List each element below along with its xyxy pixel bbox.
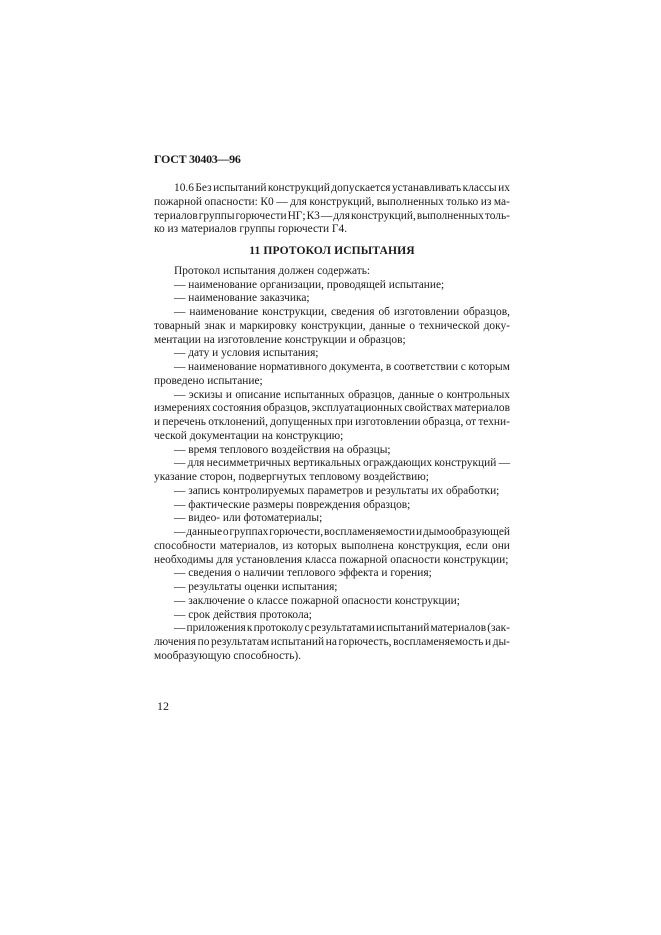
paragraph-first-line: — видео- или фотоматериалы; [154,512,510,526]
paragraph-first-line: — результаты оценки испытания; [154,581,510,595]
paragraph-first-line: — запись контролируемых параметров и рез… [154,485,510,499]
paragraph-line: ческой документации на конструкцию; [154,430,510,444]
document-body: 10.6Безиспытанийконструкцийдопускаетсяус… [154,182,510,664]
paragraph-line: мообразующую способность). [154,650,510,664]
protocol-list-item: — наименование заказчика; [154,292,510,306]
section-title: 11 ПРОТОКОЛ ИСПЫТАНИЯ [154,244,510,258]
paragraph-line: необходимы для установления класса пожар… [154,554,510,568]
protocol-list-item: — время теплового воздействия на образцы… [154,444,510,458]
protocol-list-item: — запись контролируемых параметров и рез… [154,485,510,499]
paragraph-first-line: — срок действия протокола; [154,609,510,623]
protocol-list-item: — видео- или фотоматериалы; [154,512,510,526]
paragraph-first-line: 10.6Безиспытанийконструкцийдопускаетсяус… [154,182,510,196]
paragraph-line: пожарнойопасности:К0—дляконструкций,выпо… [154,196,510,210]
paragraph-line: проведено испытание; [154,375,510,389]
paragraph-line: способностиматериалов,изкоторыхвыполнена… [154,540,510,554]
protocol-list-item: — результаты оценки испытания; [154,581,510,595]
protocol-list-item: — дату и условия испытания; [154,347,510,361]
protocol-list-item: —наименованиеконструкции,сведенияобизгот… [154,306,510,347]
paragraph-first-line: —эскизыиописаниеиспытанныхобразцов,данны… [154,389,510,403]
paragraph-first-line: — время теплового воздействия на образцы… [154,444,510,458]
paragraph-first-line: — сведения о наличии теплового эффекта и… [154,567,510,581]
protocol-list-item: — наименование организации, проводящей и… [154,279,510,293]
page-number: 12 [157,699,169,714]
paragraph-first-line: — наименование организации, проводящей и… [154,279,510,293]
protocol-list-item: — фактические размеры повреждения образц… [154,499,510,513]
protocol-list-item: — заключение о классе пожарной опасности… [154,595,510,609]
document-header-standard-number: ГОСТ 30403—96 [154,152,241,167]
paragraph-first-line: — заключение о классе пожарной опасности… [154,595,510,609]
protocol-list-item: —эскизыиописаниеиспытанныхобразцов,данны… [154,389,510,444]
clause-10-6: 10.6Безиспытанийконструкцийдопускаетсяус… [154,182,510,237]
protocol-list-item: —длянесимметричныхвертикальныхограждающи… [154,457,510,485]
paragraph-first-line: — наименование заказчика; [154,292,510,306]
protocol-list-item: —наименованиенормативногодокумента,всоот… [154,361,510,389]
protocol-list-item: — срок действия протокола; [154,609,510,623]
paragraph-line: ментации на изготовление конструкции и о… [154,334,510,348]
paragraph-line: люченияпорезультатамиспытанийнагорючесть… [154,636,510,650]
document-page: ГОСТ 30403—96 10.6Безиспытанийконструкци… [0,0,661,935]
paragraph-first-line: —приложениякпротоколусрезультатамииспыта… [154,622,510,636]
paragraph-first-line: —наименованиенормативногодокумента,всоот… [154,361,510,375]
paragraph-first-line: —наименованиеконструкции,сведенияобизгот… [154,306,510,320]
paragraph-first-line: —данныеогруппахгорючести,воспламеняемост… [154,526,510,540]
paragraph-line: ко из материалов группы горючести Г4. [154,223,510,237]
paragraph-line: указание сторон, подвергнутых тепловому … [154,471,510,485]
paragraph-line: товарныйзнакимаркировкуконструкции,данны… [154,320,510,334]
paragraph-line: ипереченьотклонений,допущенныхприизготов… [154,416,510,430]
protocol-list-item: —приложениякпротоколусрезультатамииспыта… [154,622,510,663]
protocol-list-item: — сведения о наличии теплового эффекта и… [154,567,510,581]
paragraph-line: измеренияхсостоянияобразцов,эксплуатацио… [154,402,510,416]
protocol-items-list: — наименование организации, проводящей и… [154,279,510,664]
protocol-list-item: —данныеогруппахгорючести,воспламеняемост… [154,526,510,567]
paragraph-first-line: — дату и условия испытания; [154,347,510,361]
paragraph-first-line: — фактические размеры повреждения образц… [154,499,510,513]
paragraph-first-line: —длянесимметричныхвертикальныхограждающи… [154,457,510,471]
paragraph-line: териаловгруппыгорючестиНГ;К3—дляконструк… [154,210,510,224]
protocol-intro: Протокол испытания должен содержать: [154,265,510,279]
